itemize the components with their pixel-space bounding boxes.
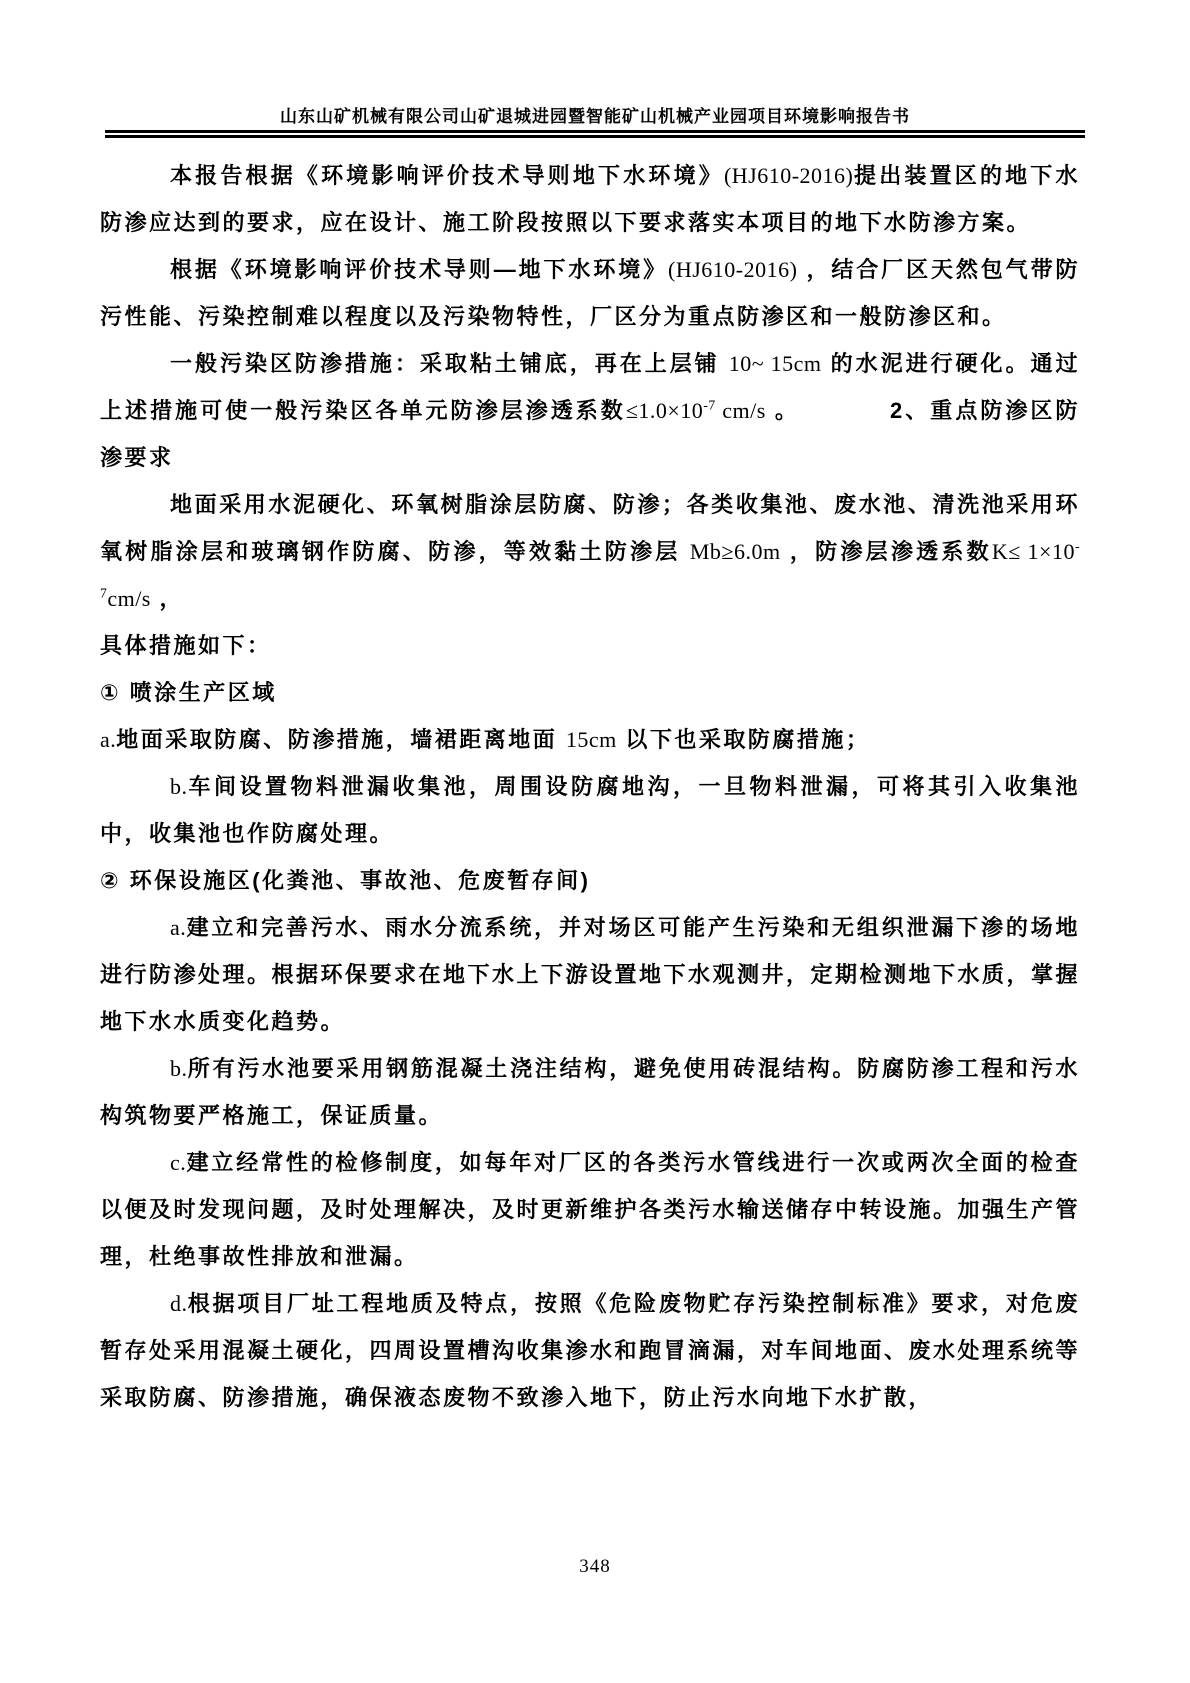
text-run: ， (151, 586, 184, 611)
text-run: ，防渗层渗透系数 (781, 539, 992, 564)
text-run: cm/s (107, 586, 151, 611)
text-run: 一般污染区防渗措施：采取粘土铺底，再在上层铺 (170, 351, 729, 376)
paragraph: 根据《环境影响评价技术导则—地下水环境》(HJ610-2016) ，结合厂区天然… (100, 246, 1080, 340)
text-run: a. (170, 915, 186, 940)
text-run: ① 喷涂生产区域 (100, 680, 277, 705)
text-run: 以下也采取防腐措施； (617, 727, 871, 752)
text-run: 根据《环境影响评价技术导则—地下水环境》 (170, 257, 668, 282)
text-run: 。 (766, 398, 800, 423)
paragraph: 具体措施如下： (100, 622, 1080, 669)
paragraph: a.地面采取防腐、防渗措施，墙裙距离地面 15cm 以下也采取防腐措施； (100, 716, 1080, 763)
text-run: b. (170, 774, 188, 799)
text-run: a. (100, 727, 116, 752)
paragraph: 本报告根据《环境影响评价技术导则地下水环境》(HJ610-2016)提出装置区的… (100, 152, 1080, 246)
text-run: 根据项目厂址工程地质及特点，按照《危险废物贮存污染控制标准》要求，对危废暂存处采… (100, 1291, 1080, 1410)
paragraph: 一般污染区防渗措施：采取粘土铺底，再在上层铺 10~ 15cm 的水泥进行硬化。… (100, 340, 1080, 481)
text-run: Mb≥6.0m (690, 539, 781, 564)
paragraph: ② 环保设施区(化粪池、事故池、危废暂存间) (100, 857, 1080, 904)
superscript: -7 (703, 398, 715, 413)
text-run: 10~ 15cm (729, 351, 822, 376)
paragraph: 地面采用水泥硬化、环氧树脂涂层防腐、防渗；各类收集池、废水池、清洗池采用环氧树脂… (100, 481, 1080, 622)
paragraph: ① 喷涂生产区域 (100, 669, 1080, 716)
paragraph: c.建立经常性的检修制度，如每年对厂区的各类污水管线进行一次或两次全面的检查以便… (100, 1139, 1080, 1280)
text-run: 所有污水池要采用钢筋混凝土浇注结构，避免使用砖混结构。防腐防渗工程和污水构筑物要… (100, 1056, 1080, 1128)
text-run: K≤ 1×10 (992, 539, 1075, 564)
text-run: 建立和完善污水、雨水分流系统，并对场区可能产生污染和无组织泄漏下渗的场地进行防渗… (100, 915, 1080, 1034)
text-run: 15cm (566, 727, 617, 752)
text-run: 地面采取防腐、防渗措施，墙裙距离地面 (116, 727, 566, 752)
text-run: 本报告根据《环境影响评价技术导则地下水环境》 (170, 163, 724, 188)
document-body: 本报告根据《环境影响评价技术导则地下水环境》(HJ610-2016)提出装置区的… (100, 152, 1080, 1421)
text-run: 车间设置物料泄漏收集池，周围设防腐地沟，一旦物料泄漏，可将其引入收集池中，收集池… (100, 774, 1080, 846)
page-header-title: 山东山矿机械有限公司山矿退城进园暨智能矿山机械产业园项目环境影响报告书 (105, 102, 1085, 127)
page-number: 348 (0, 1556, 1190, 1578)
text-run: cm/s (716, 398, 766, 423)
text-run: ≤1.0×10 (626, 398, 703, 423)
text-run: 建立经常性的检修制度，如每年对厂区的各类污水管线进行一次或两次全面的检查以便及时… (100, 1150, 1080, 1269)
paragraph: d.根据项目厂址工程地质及特点，按照《危险废物贮存污染控制标准》要求，对危废暂存… (100, 1280, 1080, 1421)
text-run: ② 环保设施区(化粪池、事故池、危废暂存间) (100, 868, 590, 893)
inline-gap (800, 417, 890, 418)
text-run: 具体措施如下： (100, 633, 272, 658)
text-run: b. (170, 1056, 188, 1081)
text-run: (HJ610-2016) (724, 163, 853, 188)
paragraph: b.车间设置物料泄漏收集池，周围设防腐地沟，一旦物料泄漏，可将其引入收集池中，收… (100, 763, 1080, 857)
text-run: (HJ610-2016) (668, 257, 797, 282)
header-rule (105, 130, 1085, 138)
text-run: d. (170, 1291, 188, 1316)
paragraph: b.所有污水池要采用钢筋混凝土浇注结构，避免使用砖混结构。防腐防渗工程和污水构筑… (100, 1045, 1080, 1139)
paragraph: a.建立和完善污水、雨水分流系统，并对场区可能产生污染和无组织泄漏下渗的场地进行… (100, 904, 1080, 1045)
text-run: c. (170, 1150, 186, 1175)
document-page: 山东山矿机械有限公司山矿退城进园暨智能矿山机械产业园项目环境影响报告书 本报告根… (0, 0, 1190, 1683)
